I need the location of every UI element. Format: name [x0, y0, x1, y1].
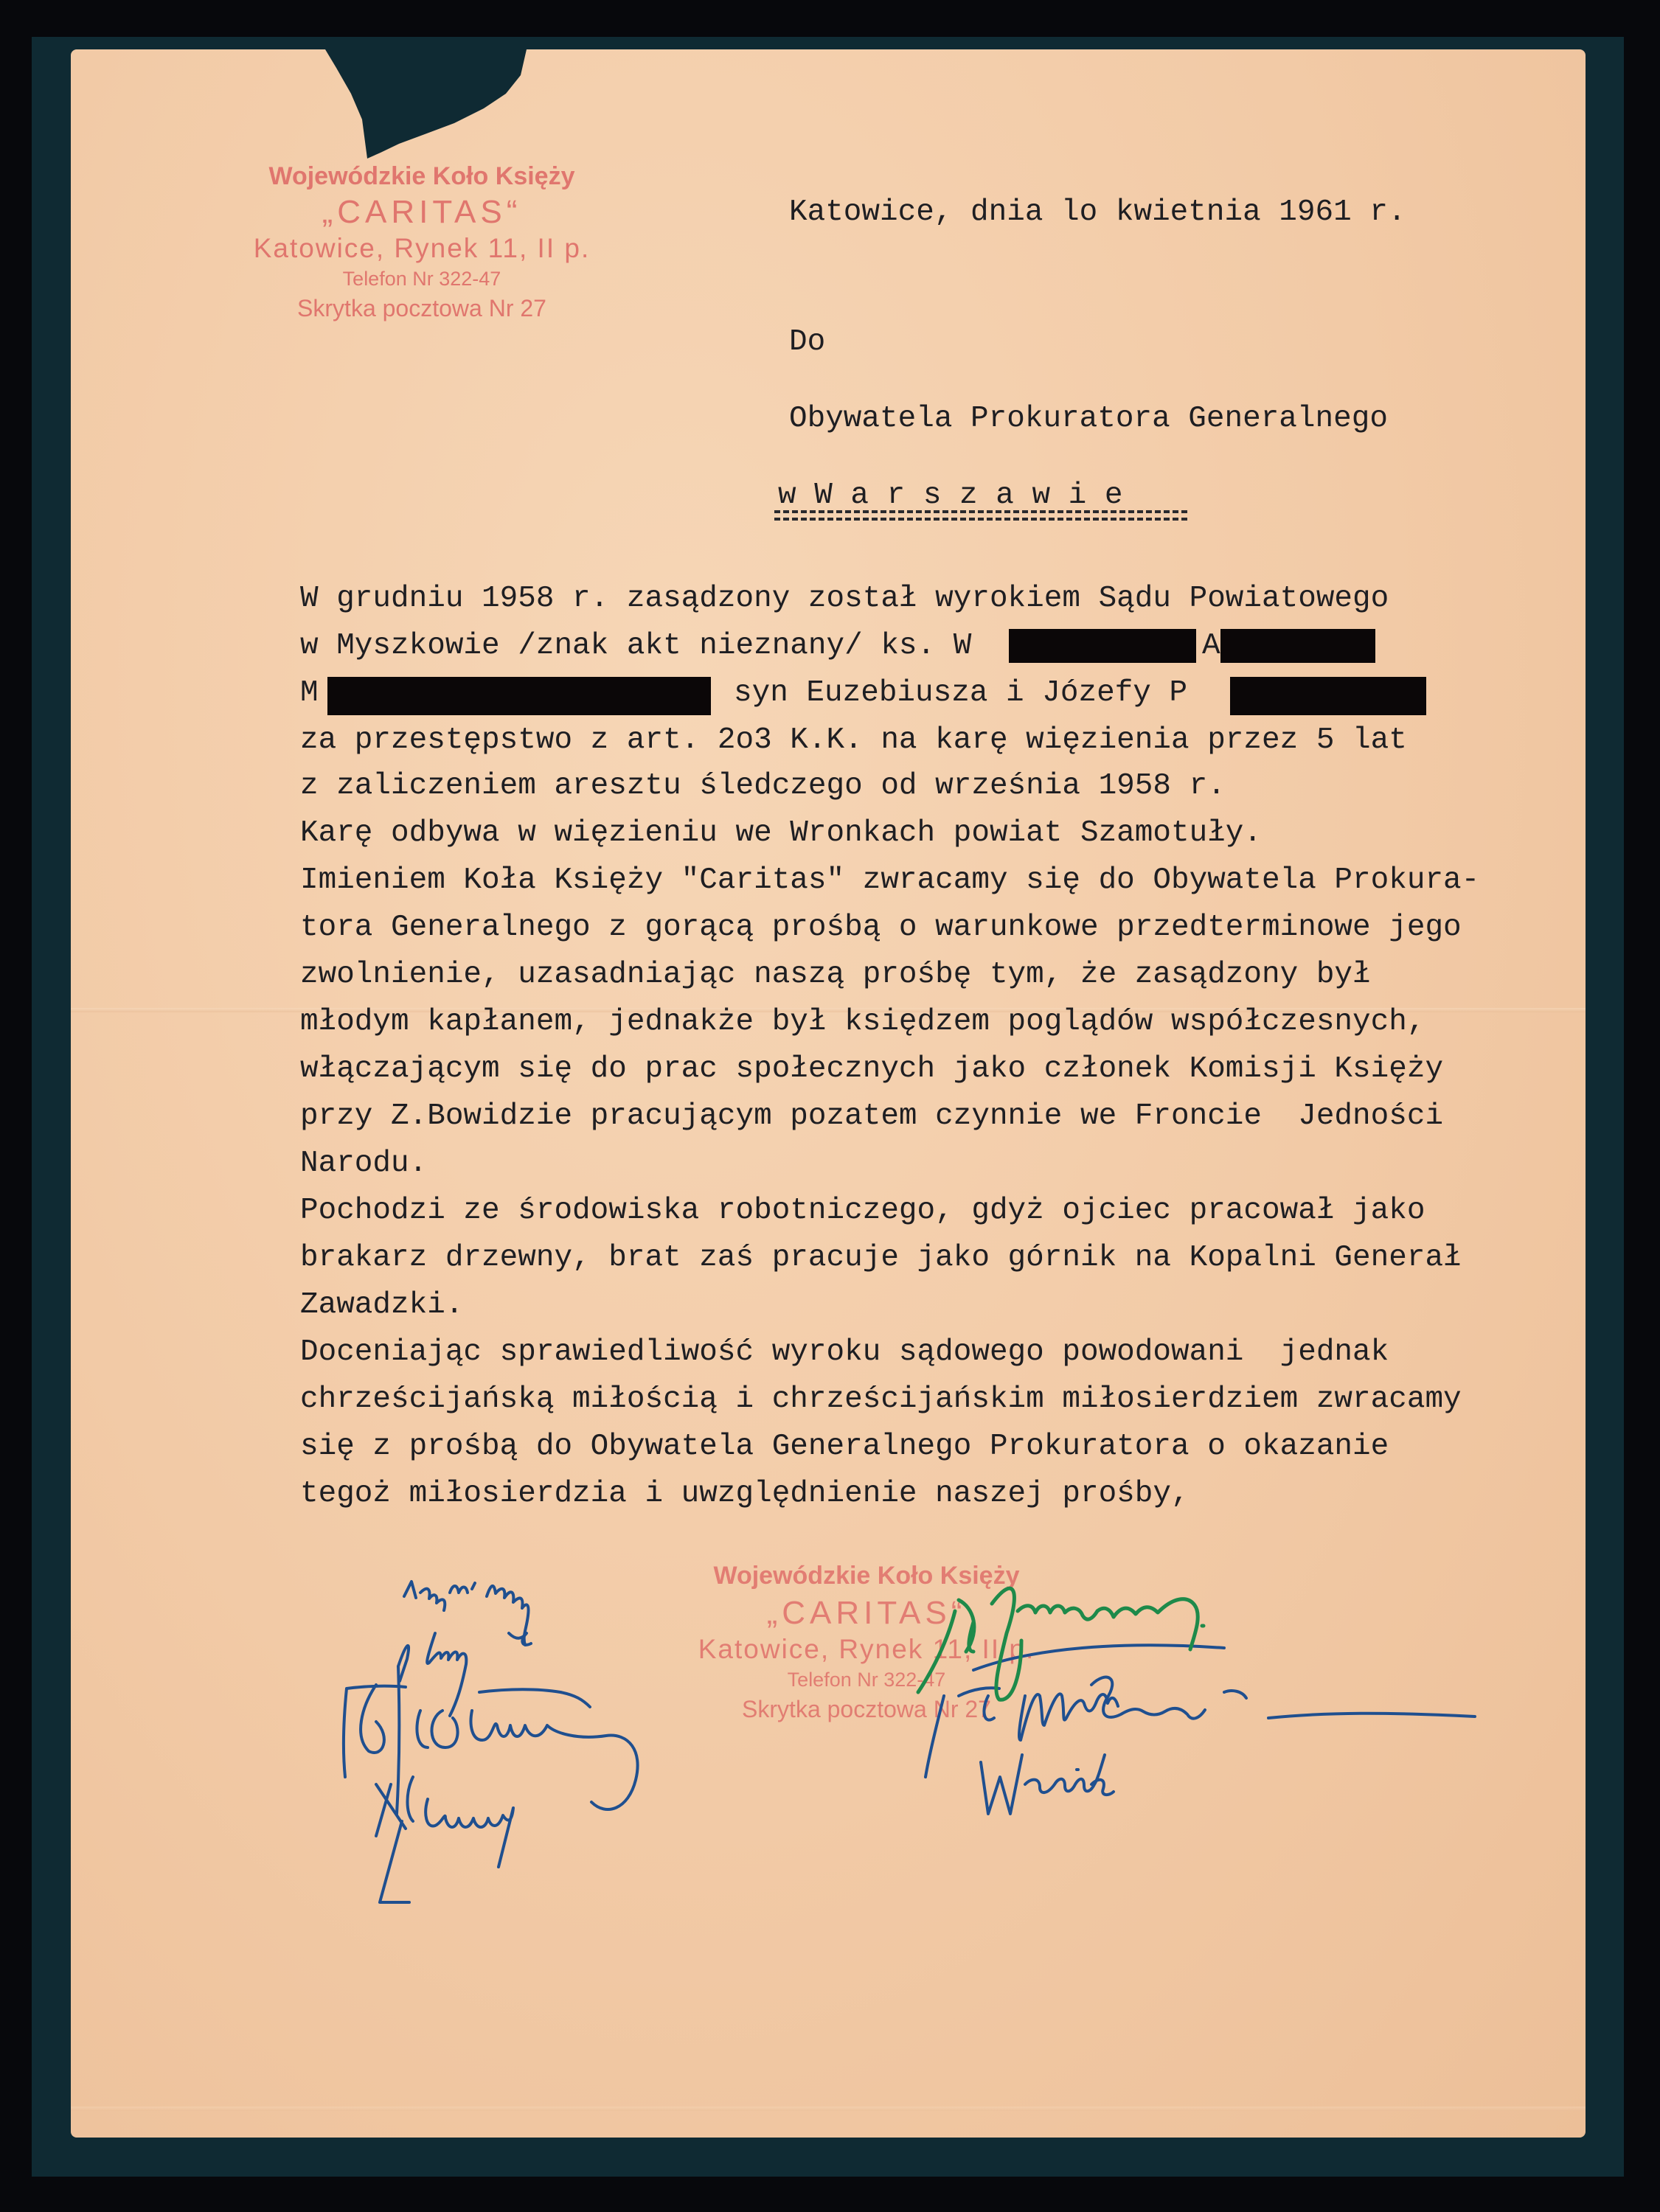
signature-6 — [981, 1755, 1114, 1814]
signature-2 — [398, 1633, 466, 1716]
signatures-layer — [0, 0, 1660, 2212]
signature-5 — [925, 1677, 1246, 1777]
